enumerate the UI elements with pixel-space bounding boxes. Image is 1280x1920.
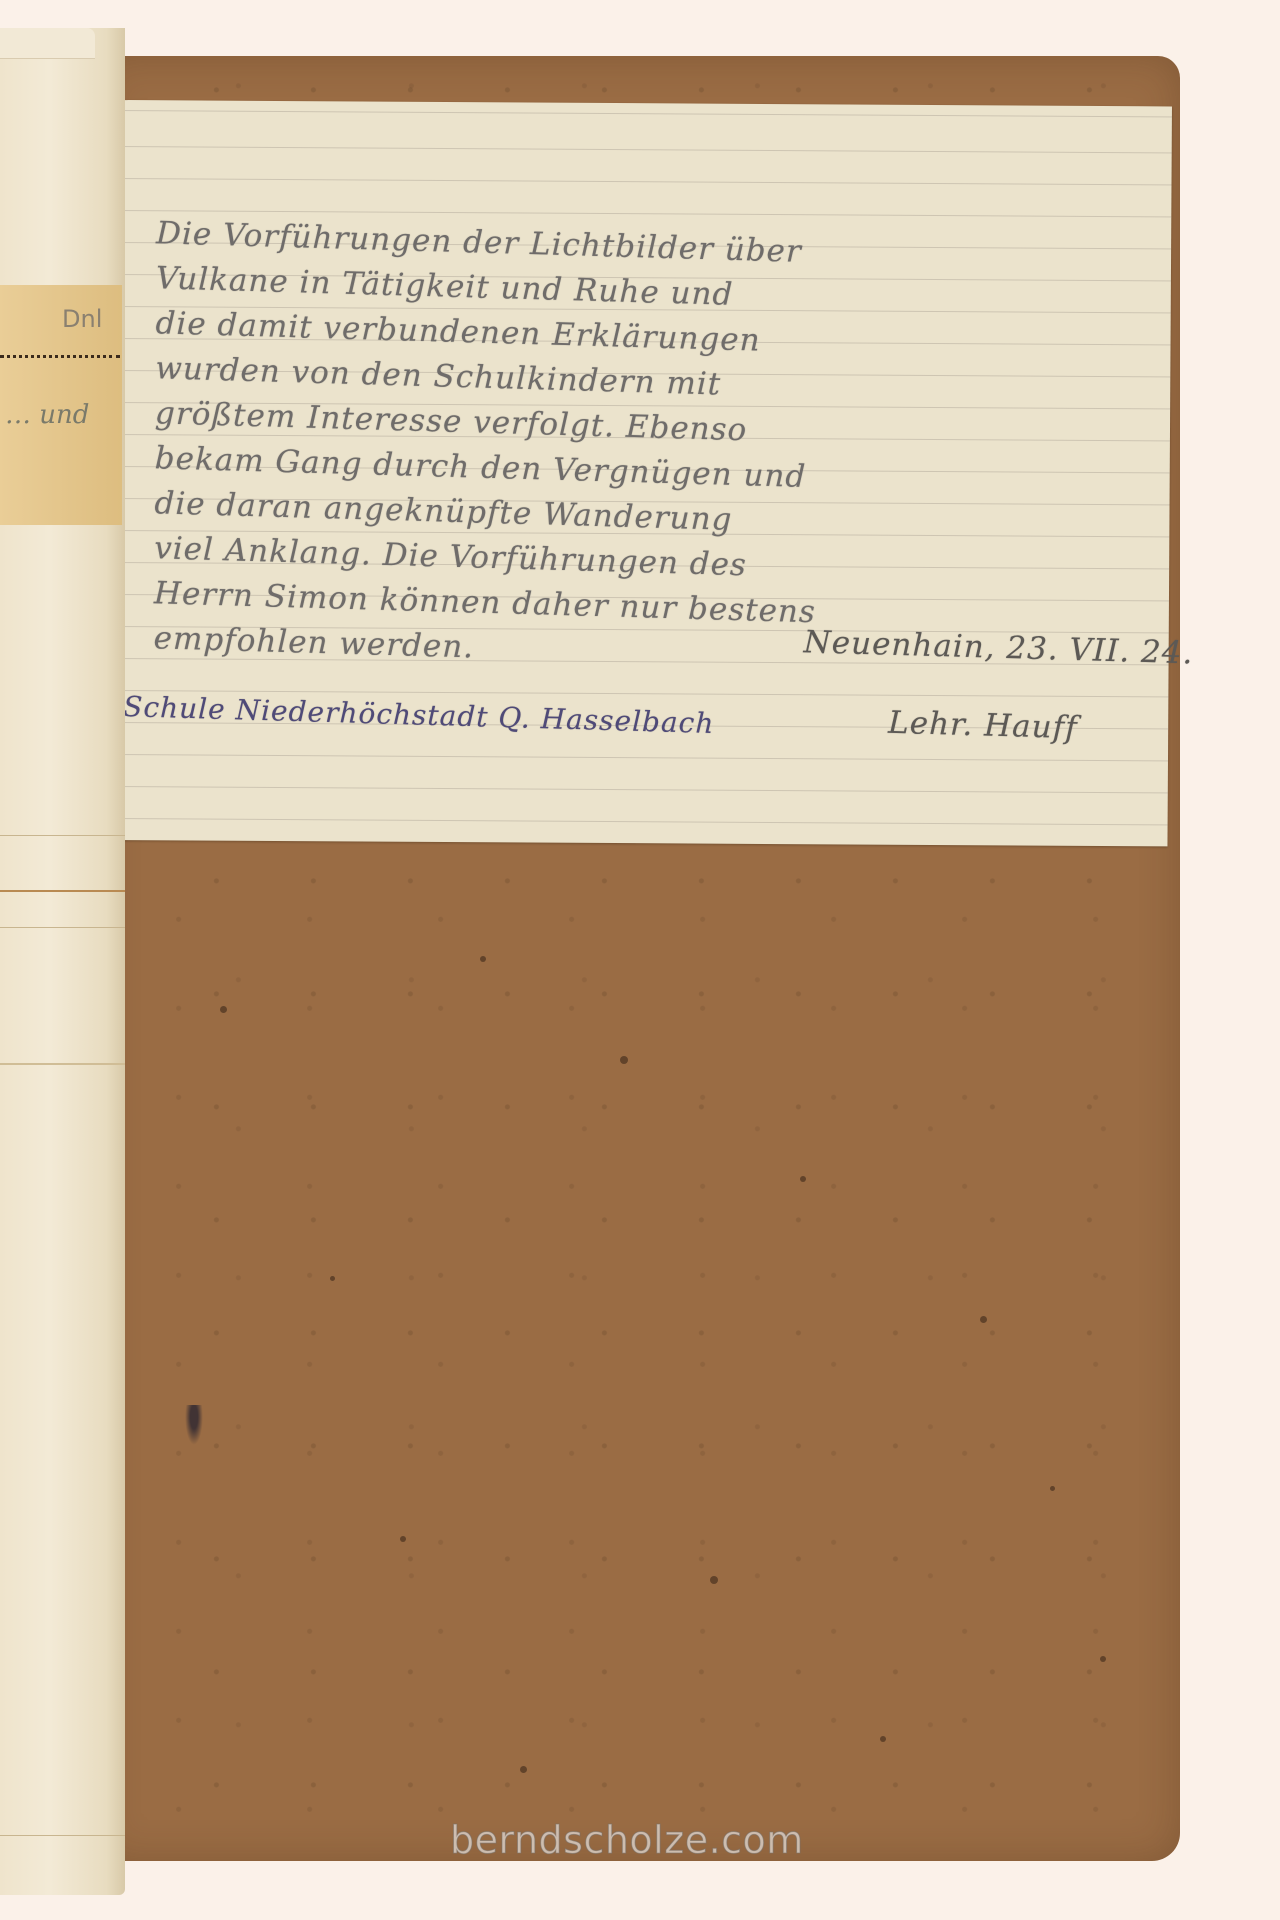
yellow-tape-label: Dnl … und (0, 285, 122, 525)
handwritten-line: Vulkane in Tätigkeit und Ruhe und (155, 260, 733, 313)
roll-edge (0, 927, 125, 928)
paper-speck (980, 1316, 987, 1323)
paper-speck (620, 1056, 628, 1064)
paper-speck (480, 956, 486, 962)
handwritten-line: empfohlen werden. (153, 620, 474, 665)
paper-speck (520, 1766, 527, 1773)
handwritten-line: viel Anklang. Die Vorführungen des (154, 530, 748, 583)
note-card: Die Vorführungen der Lichtbilder über Vu… (112, 100, 1172, 846)
handwritten-line: bekam Gang durch den Vergnügen und (154, 440, 806, 495)
handwritten-line: die daran angeknüpfte Wanderung (154, 485, 733, 538)
handwritten-line: größtem Interesse verfolgt. Ebenso (155, 395, 748, 448)
ink-stain (185, 1405, 203, 1445)
roll-edge (0, 1835, 125, 1836)
paper-speck (800, 1176, 806, 1182)
school-stamp-line: Schule Niederhöchstadt Q. Hasselbach (123, 690, 715, 740)
roll-edge (0, 835, 125, 836)
paper-speck (710, 1576, 718, 1584)
dotted-divider (0, 355, 120, 358)
watermark: berndscholze.com (450, 1818, 804, 1862)
signature: Lehr. Hauff (888, 705, 1078, 746)
roll-top-edge (0, 28, 95, 59)
handwritten-line: Die Vorführungen der Lichtbilder über (156, 215, 803, 270)
roll-edge (0, 890, 125, 892)
handwritten-line: die damit verbundenen Erklärungen (155, 305, 761, 358)
place-date: Neuenhain, 23. VII. 24. (803, 624, 1194, 671)
paper-speck (880, 1736, 886, 1742)
paper-speck (330, 1276, 335, 1281)
handwritten-line: wurden von den Schulkindern mit (155, 350, 722, 402)
tape-label-top: Dnl (62, 305, 102, 333)
handwritten-line: Herrn Simon können daher nur bestens (153, 575, 816, 630)
paper-speck (1050, 1486, 1055, 1491)
paper-speck (1100, 1656, 1106, 1662)
roll-edge (0, 1063, 125, 1065)
paper-speck (400, 1536, 406, 1542)
tape-label-bottom: … und (5, 400, 89, 430)
paper-speck (220, 1006, 227, 1013)
